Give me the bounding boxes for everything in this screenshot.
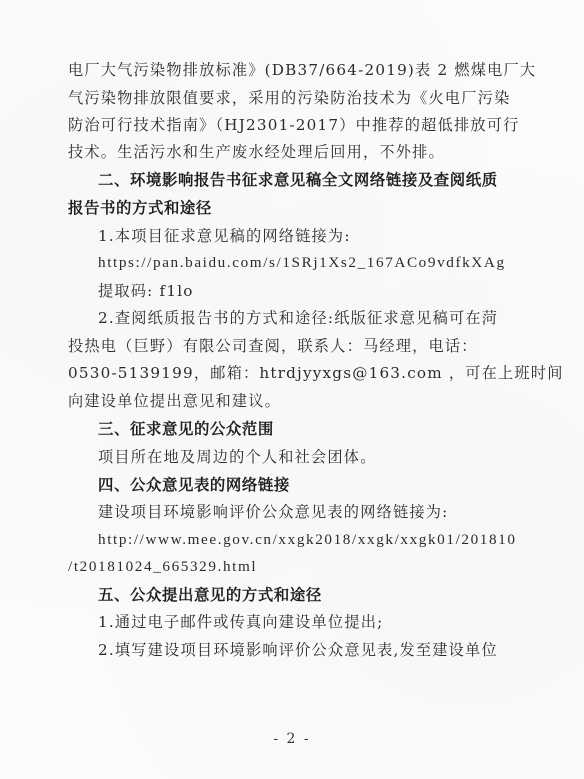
- page-number: - 2 -: [0, 731, 584, 747]
- section-3-heading: 三、征求意见的公众范围: [98, 419, 274, 439]
- extraction-code: 提取码: f1lo: [98, 281, 194, 301]
- section-2-heading-cont: 报告书的方式和途径: [68, 198, 212, 218]
- section-2-item-2-line: 投热电（巨野）有限公司查阅，联系人：马经理，电话：: [68, 336, 478, 356]
- section-5-heading: 五、公众提出意见的方式和途径: [98, 585, 322, 605]
- section-2-item-2: 2.查阅纸质报告书的方式和途径:纸版征求意见稿可在菏: [98, 308, 498, 328]
- document-page: 电厂大气污染物排放标准》(DB37/664-2019)表 2 燃煤电厂大 气污染…: [0, 0, 584, 779]
- section-2-item-1-label: 1.本项目征求意见稿的网络链接为:: [98, 226, 351, 246]
- section-2-heading: 二、环境影响报告书征求意见稿全文网络链接及查阅纸质: [98, 170, 498, 190]
- paragraph-line: 电厂大气污染物排放标准》(DB37/664-2019)表 2 燃煤电厂大: [68, 60, 536, 80]
- section-4-heading: 四、公众意见表的网络链接: [98, 475, 290, 495]
- mee-link-part2[interactable]: /t20181024_665329.html: [68, 557, 257, 577]
- section-5-item-2: 2.填写建设项目环境影响评价公众意见表,发至建设单位: [98, 640, 498, 660]
- baidu-pan-link[interactable]: https://pan.baidu.com/s/1SRj1Xs2_167ACo9…: [98, 253, 506, 273]
- section-4-body: 建设项目环境影响评价公众意见表的网络链接为:: [98, 502, 448, 522]
- section-3-body: 项目所在地及周边的个人和社会团体。: [98, 447, 377, 467]
- section-2-item-2-line: 向建设单位提出意见和建议。: [68, 391, 281, 411]
- paragraph-line: 气污染物排放限值要求，采用的污染防治技术为《火电厂污染: [68, 88, 510, 108]
- mee-link-part1[interactable]: http://www.mee.gov.cn/xxgk2018/xxgk/xxgk…: [98, 530, 517, 550]
- section-5-item-1: 1.通过电子邮件或传真向建设单位提出;: [98, 612, 383, 632]
- paragraph-line: 防治可行技术指南》（HJ2301-2017）中推荐的超低排放可行: [68, 115, 520, 135]
- contact-email-line: 0530-5139199，邮箱：htrdjyyxgs@163.com ，可在上班…: [68, 363, 564, 383]
- paragraph-line: 技术。生活污水和生产废水经处理后回用，不外排。: [68, 142, 445, 162]
